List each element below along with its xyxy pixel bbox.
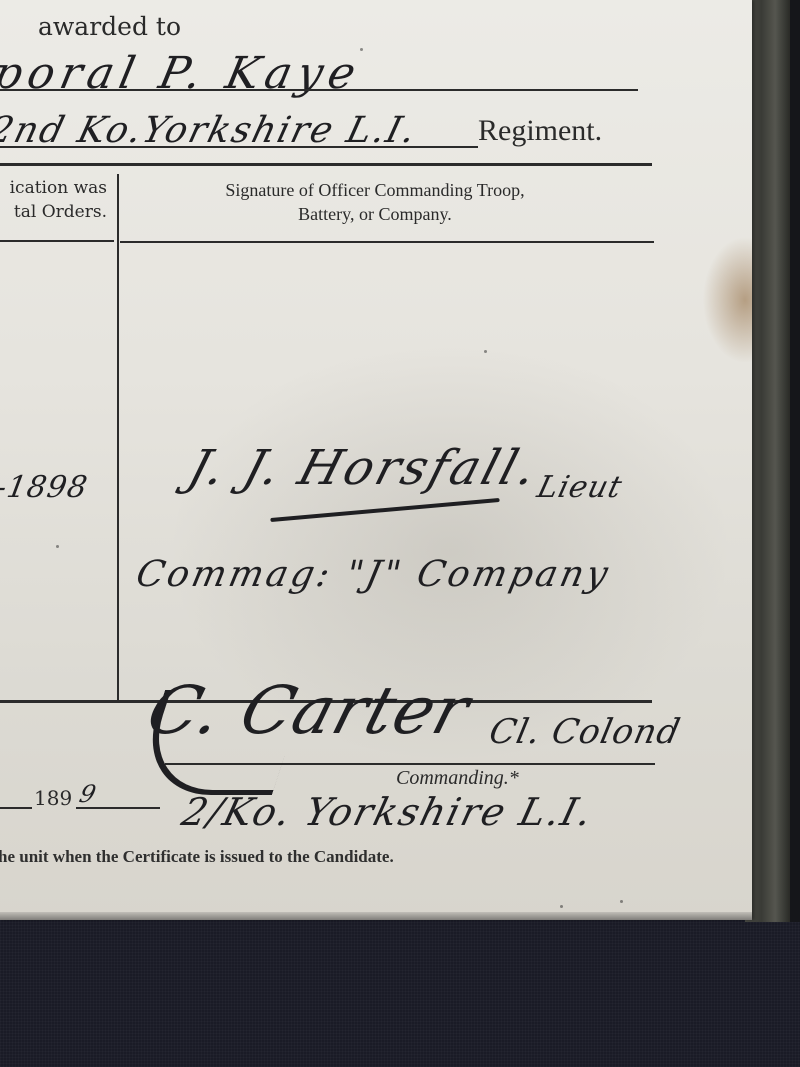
right-column-header: Signature of Officer Commanding Troop, B… [120,178,630,226]
commanding-officer-rank: Cl. Colond [486,712,685,752]
header-rule-left [0,240,114,242]
column-divider [117,174,119,701]
officer-rank: Lieut [534,470,626,505]
paper-bottom-edge [0,912,752,920]
gazette-date: -1898 [0,470,91,505]
commanding-label: Commanding.* [396,767,519,790]
right-header-line-2: Battery, or Company. [120,202,630,226]
commanding-officer-signature: C. Carter [139,672,479,749]
date-line-left [0,807,32,809]
ink-speck [620,900,623,903]
certificate-paper: awarded to poral P. Kaye 2nd Ko.Yorkshir… [0,0,752,920]
officer-signature: J. J. Horsfall. [182,440,546,496]
officer-role: Commag: "J" Company [133,554,615,595]
left-header-line-2: tal Orders. [0,200,107,224]
sleeve-edge [790,0,800,922]
header-rule-right [120,241,654,243]
ink-speck [560,905,563,908]
left-column-header: ication was tal Orders. [0,176,107,224]
regiment-underline [0,146,478,148]
unit-handwritten: 2/Ko. Yorkshire L.I. [178,790,599,834]
ink-speck [360,48,363,51]
commanding-signature-line [165,763,655,765]
recipient-name: poral P. Kaye [0,48,366,99]
regiment-label: Regiment. [478,114,602,148]
year-handwritten: 9 [77,780,100,808]
officer-signature-underline [270,498,499,522]
regiment-handwritten: 2nd Ko.Yorkshire L.I. [0,110,422,151]
table-top-rule [0,163,652,166]
ink-speck [56,545,59,548]
name-underline [0,89,638,91]
fabric-background [0,920,800,1067]
left-header-line-1: ication was [0,176,107,200]
awarded-to-label: awarded to [38,12,181,41]
ink-speck [484,350,487,353]
year-printed: 189 [34,786,72,810]
footnote: he unit when the Certificate is issued t… [0,847,394,867]
right-header-line-1: Signature of Officer Commanding Troop, [120,178,630,202]
date-line-right [76,807,160,809]
